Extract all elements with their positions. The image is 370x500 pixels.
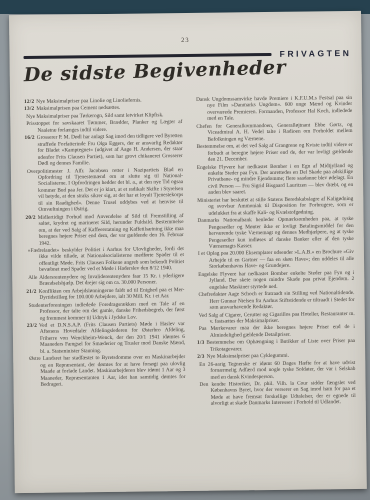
entry-text: Prisstoppet for savskaaret Tømmer, Brædd…	[26, 119, 182, 133]
chronicle-entry: Prisstoppet for savskaaret Tømmer, Brædd…	[24, 119, 182, 134]
chronicle-entry: Danmarks Nationalbank henleder Opmærksom…	[196, 216, 354, 250]
entry-text: Ministeriet har besluttet at stille Stat…	[197, 196, 353, 217]
chronicle-entry: Østre Landsret har stadfæstet to Byretsd…	[27, 354, 185, 388]
entry-text: Paa Mærkevarer maa der ikke beregnes høj…	[199, 324, 355, 338]
entry-text: Ved Salg af Cigarer, Cerutter og Cigaril…	[199, 310, 355, 324]
page-number: 23	[9, 35, 361, 46]
entry-text: Dansk Ungdomssamvirke havde Premiere i K…	[196, 95, 352, 122]
masthead-title: FRIVAGTEN	[280, 48, 352, 59]
entry-text: Nye Maksimalpriser paa Linolie og Linoli…	[36, 98, 141, 105]
entry-text: Engelske Flyvere har nedkastet Bomber en…	[198, 270, 354, 291]
text-columns: 12/2Nye Maksimalpriser paa Linolie og Li…	[24, 95, 356, 465]
entry-date: 21/2	[26, 288, 38, 294]
chronicle-entry: Ved Salg af Cigarer, Cerutter og Cigaril…	[197, 310, 355, 325]
entry-date: 23/2	[27, 323, 39, 329]
entry-text: Grosserer P. M. Dødl har anlagt Sag imod…	[37, 133, 183, 167]
chronicle-entry: 20/2Midlertidigt Forbud mod Anvendelse a…	[25, 213, 183, 247]
entry-text: Nye Maksimalpriser paa Cyklegummi.	[207, 353, 289, 360]
entry-text: Engelske Flyvere har nedkastet Bomber i …	[197, 162, 353, 196]
chronicle-entry: Dansk Ungdomssamvirke havde Premiere i K…	[194, 95, 352, 123]
entry-text: Studenterforeningen indledede Foredragsr…	[29, 301, 185, 322]
entry-text: I et Oplag paa 20.000 Eksemplarer udsend…	[198, 249, 354, 270]
entry-date: 20/2	[25, 215, 37, 221]
chronicle-entry: 21/2Konflikten om Arbejdslønningerne fal…	[26, 287, 184, 302]
magazine-page: 23 FRIVAGTEN De sidste Begivenheder 12/2…	[9, 11, 367, 493]
entry-text: Maksimalprisen paa Cement nedsættes.	[36, 105, 120, 112]
chronicle-entry: 16/2Grosserer P. M. Dødl har anlagt Sag …	[24, 133, 182, 167]
chronicle-entry: Bestemmelse om, at det ved Salg af Grang…	[195, 142, 353, 163]
chronicle-entry: 1/3Bestemmelse om Ophængning i Butikker …	[197, 338, 355, 353]
entry-text: Alle Aldersrentenydere og Invaliderenten…	[28, 273, 184, 287]
chronicle-entry: Den kendte Historiker, Dr. phil. Vilh. l…	[198, 380, 356, 408]
chronicle-entry: Engelske Flyvere har nedkastet Bomber i …	[195, 162, 353, 196]
entry-text: Konflikten om Arbejdslønningerne faldt u…	[39, 287, 185, 301]
chronicle-entry: Engelske Flyvere har nedkastet Bomber en…	[196, 270, 354, 291]
entry-text: Bestemmelse om Ophængning i Butikker af …	[206, 338, 355, 352]
right-column: Dansk Ungdomssamvirke havde Premiere i K…	[194, 95, 356, 463]
chronicle-entry: Ministeriet har besluttet at stille Stat…	[195, 196, 353, 217]
entry-text: Midlertidigt Forbud mod Anvendelse af Si…	[38, 213, 184, 247]
entry-text: Ved et D.N.S.A.P. (Frits Clausen Partiet…	[39, 321, 185, 355]
entry-date: 16/2	[24, 135, 36, 141]
chronicle-entry: 23/2Ved et D.N.S.A.P. (Frits Clausen Par…	[27, 321, 185, 355]
left-column: 12/2Nye Maksimalpriser paa Linolie og Li…	[24, 97, 186, 465]
chronicle-entry: Studenterforeningen indledede Foredragsr…	[27, 301, 185, 322]
scanned-page-photo: { "page": { "number": "23", "masthead": …	[0, 0, 370, 500]
entry-text: Overpolitimester J. Alfr. Jacobsen rette…	[27, 167, 183, 213]
entry-text: Den kendte Historiker, Dr. phil. Vilh. l…	[200, 380, 356, 407]
entry-text: Bestemmelse om, at det ved Salg af Grang…	[197, 142, 353, 163]
entry-date: 12/2	[24, 99, 36, 105]
entry-text: »Fædrelandet« beskylder Politiet i Aarhu…	[28, 246, 184, 273]
entry-date: 13/2	[24, 106, 36, 112]
chronicle-entry: En 26-aarig Tegnerske er idømt 60 Dages …	[197, 360, 355, 381]
entry-text: Østre Landsret har stadfæstet to Byretsd…	[29, 354, 185, 388]
chronicle-entry: Chefredaktør Aage Schoch er fratraadt si…	[196, 290, 354, 311]
entry-text: En 26-aarig Tegnerske er idømt 60 Dages …	[199, 360, 355, 381]
chronicle-entry: I et Oplag paa 20.000 Eksemplarer udsend…	[196, 249, 354, 270]
entry-text: Chefen for Generalkommandoen, Generalløj…	[196, 122, 352, 143]
chronicle-entry: Paa Mærkevarer maa der ikke beregnes høj…	[197, 324, 355, 339]
chronicle-entry: Overpolitimester J. Alfr. Jacobsen rette…	[25, 167, 184, 214]
chronicle-entry: Chefen for Generalkommandoen, Generalløj…	[194, 122, 352, 143]
chronicle-entry: Alle Aldersrentenydere og Invaliderenten…	[26, 273, 184, 288]
entry-text: Chefredaktør Aage Schoch er fratraadt si…	[198, 290, 354, 311]
entry-text: Danmarks Nationalbank henleder Opmærksom…	[198, 216, 354, 250]
chronicle-entry: »Fædrelandet« beskylder Politiet i Aarhu…	[26, 246, 184, 274]
